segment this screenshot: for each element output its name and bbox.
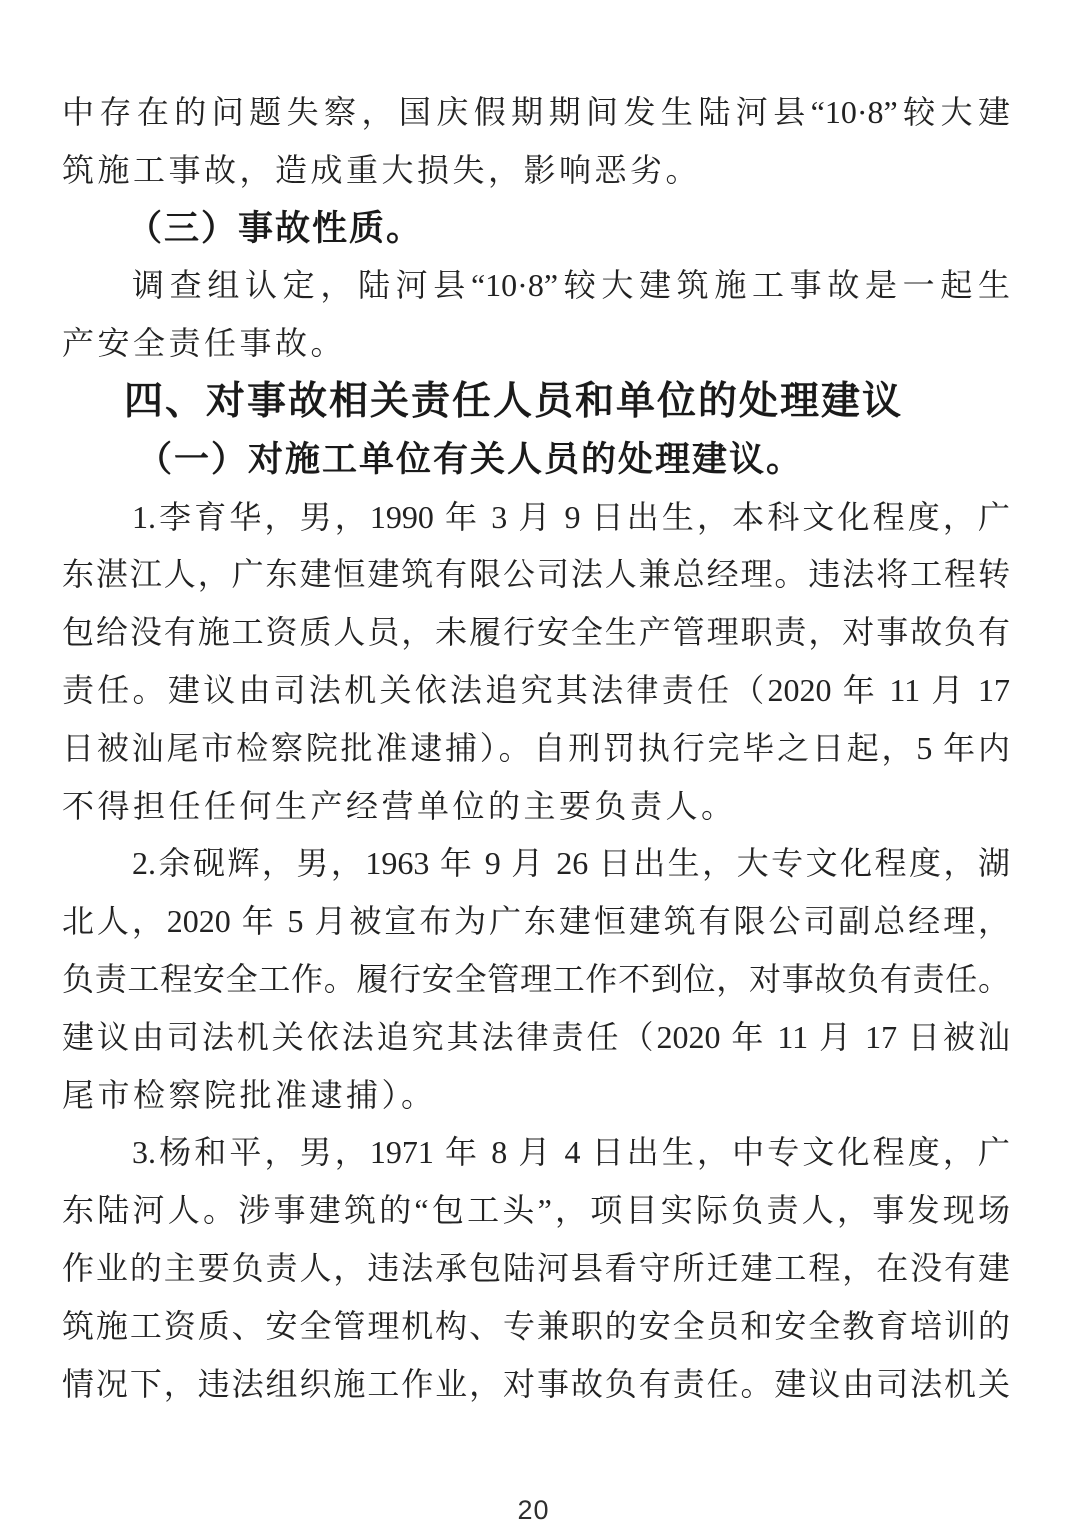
text-line: 北人，2020 年 5 月被宣布为广东建恒建筑有限公司副总经理， xyxy=(62,893,1010,951)
text-line: 作业的主要负责人，违法承包陆河县看守所迁建工程，在没有建 xyxy=(62,1240,1010,1298)
text-line: 东陆河人。涉事建筑的“包工头”，项目实际负责人，事发现场 xyxy=(62,1182,1010,1240)
text-line: 筑施工资质、安全管理机构、专兼职的安全员和安全教育培训的 xyxy=(62,1298,1010,1356)
document-page: 中存在的问题失察，国庆假期期间发生陆河县“10·8”较大建 筑施工事故，造成重大… xyxy=(0,0,1067,1538)
text-line: 责任。建议由司法机关依法追究其法律责任（2020 年 11 月 17 xyxy=(62,662,1010,720)
page-number: 20 xyxy=(0,1490,1067,1530)
text-line: 尾市检察院批准逮捕）。 xyxy=(62,1067,1010,1125)
text-line: 筑施工事故，造成重大损失，影响恶劣。 xyxy=(62,142,1010,200)
text-line: 日被汕尾市检察院批准逮捕）。自刑罚执行完毕之日起，5 年内 xyxy=(62,720,1010,778)
text-line: 东湛江人，广东建恒建筑有限公司法人兼总经理。违法将工程转 xyxy=(62,546,1010,604)
text-line: 负责工程安全工作。履行安全管理工作不到位，对事故负有责任。 xyxy=(62,951,1010,1009)
heading-section-four: 四、对事故相关责任人员和单位的处理建议 xyxy=(62,373,1010,431)
heading-subsection-one: （一）对施工单位有关人员的处理建议。 xyxy=(62,431,1010,489)
text-line: 不得担任任何生产经营单位的主要负责人。 xyxy=(62,778,1010,836)
text-line: 建议由司法机关依法追究其法律责任（2020 年 11 月 17 日被汕 xyxy=(62,1009,1010,1067)
text-line: 产安全责任事故。 xyxy=(62,315,1010,373)
text-line: 2.余砚辉，男，1963 年 9 月 26 日出生，大专文化程度，湖 xyxy=(62,835,1010,893)
document-content: 中存在的问题失察，国庆假期期间发生陆河县“10·8”较大建 筑施工事故，造成重大… xyxy=(62,84,1010,1413)
heading-accident-nature: （三）事故性质。 xyxy=(62,200,1010,258)
text-line: 1.李育华，男，1990 年 3 月 9 日出生，本科文化程度，广 xyxy=(62,489,1010,547)
text-line: 情况下，违法组织施工作业，对事故负有责任。建议由司法机关 xyxy=(62,1356,1010,1414)
text-line: 包给没有施工资质人员，未履行安全生产管理职责，对事故负有 xyxy=(62,604,1010,662)
text-line: 中存在的问题失察，国庆假期期间发生陆河县“10·8”较大建 xyxy=(62,84,1010,142)
text-line: 调查组认定，陆河县“10·8”较大建筑施工事故是一起生 xyxy=(62,257,1010,315)
text-line: 3.杨和平，男，1971 年 8 月 4 日出生，中专文化程度，广 xyxy=(62,1124,1010,1182)
